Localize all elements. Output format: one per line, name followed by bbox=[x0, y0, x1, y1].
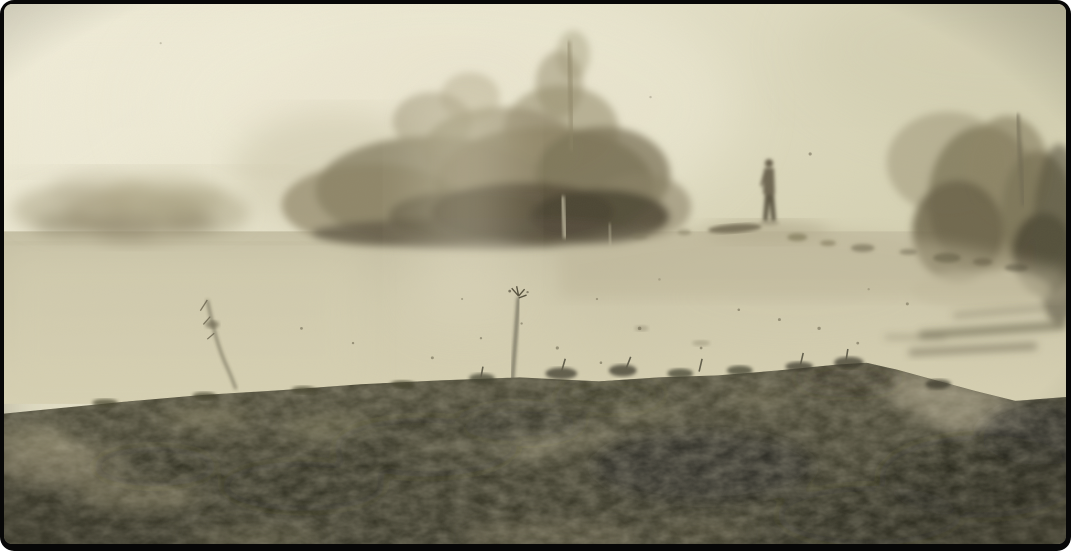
photo-canvas bbox=[4, 4, 1066, 544]
screenshot bbox=[0, 0, 1071, 551]
vintage-photo bbox=[4, 4, 1066, 544]
vignette bbox=[4, 4, 1066, 544]
photo-frame bbox=[0, 0, 1071, 551]
